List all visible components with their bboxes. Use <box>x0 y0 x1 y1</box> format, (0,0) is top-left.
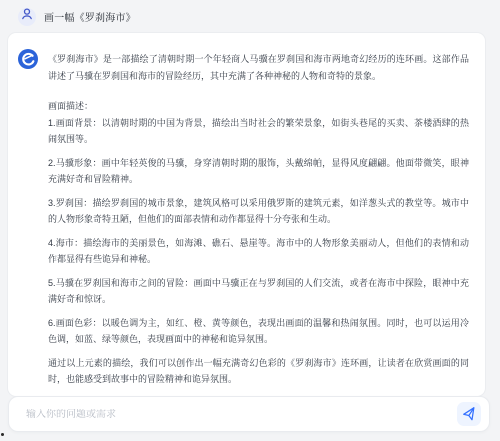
person-icon <box>18 5 36 28</box>
user-avatar <box>18 8 36 26</box>
stray-dot <box>1 433 4 436</box>
user-message-row: 画一幅《罗刹海市》 <box>0 0 500 33</box>
composer-input[interactable] <box>26 409 457 420</box>
user-message-text: 画一幅《罗刹海市》 <box>44 9 136 24</box>
swirl-logo-icon <box>18 49 38 69</box>
scene-item-sea-market: 4.海市：描绘海市的美丽景色，如海滩、礁石、悬崖等。海市中的人物形象美丽动人，但… <box>48 235 469 268</box>
scene-description-heading: 画面描述： <box>48 98 469 115</box>
assistant-message-card: 《罗刹海市》是一部描绘了清朝时期一个年轻商人马骥在罗刹国和海市两地奇幻经历的连环… <box>8 33 485 396</box>
assistant-intro-paragraph: 《罗刹海市》是一部描绘了清朝时期一个年轻商人马骥在罗刹国和海市两地奇幻经历的连环… <box>48 51 469 84</box>
scene-item-adventure: 5.马骥在罗刹国和海市之间的冒险：画面中马骥正在与罗刹国的人们交流，或者在海市中… <box>48 275 469 308</box>
scene-item-luosha-kingdom: 3.罗刹国：描绘罗刹国的城市景象，建筑风格可以采用俄罗斯的建筑元素，如洋葱头式的… <box>48 195 469 228</box>
assistant-message-content: 《罗刹海市》是一部描绘了清朝时期一个年轻商人马骥在罗刹国和海市两地奇幻经历的连环… <box>48 51 469 388</box>
paper-plane-icon <box>462 407 477 422</box>
assistant-conclusion-paragraph: 通过以上元素的描绘，我们可以创作出一幅充满奇幻色彩的《罗刹海市》连环画，让读者在… <box>48 355 469 388</box>
chat-page: 画一幅《罗刹海市》 《罗刹海市》是一部描绘了清朝时期一个年轻商人马骥在罗刹国和海… <box>0 0 500 396</box>
scene-item-background: 1.画面背景：以清朝时期的中国为背景，描绘出当时社会的繁荣景象，如街头巷尾的买卖… <box>48 115 469 148</box>
scene-item-maji-figure: 2.马骥形象：画中年轻英俊的马骥，身穿清朝时期的服饰，头戴绵帕，显得风度翩翩。他… <box>48 155 469 188</box>
assistant-avatar <box>18 49 38 69</box>
scene-item-colors: 6.画面色彩：以暖色调为主，如红、橙、黄等颜色，表现出画面的温馨和热闹氛围。同时… <box>48 315 469 348</box>
send-button[interactable] <box>457 402 481 426</box>
composer <box>8 396 490 432</box>
